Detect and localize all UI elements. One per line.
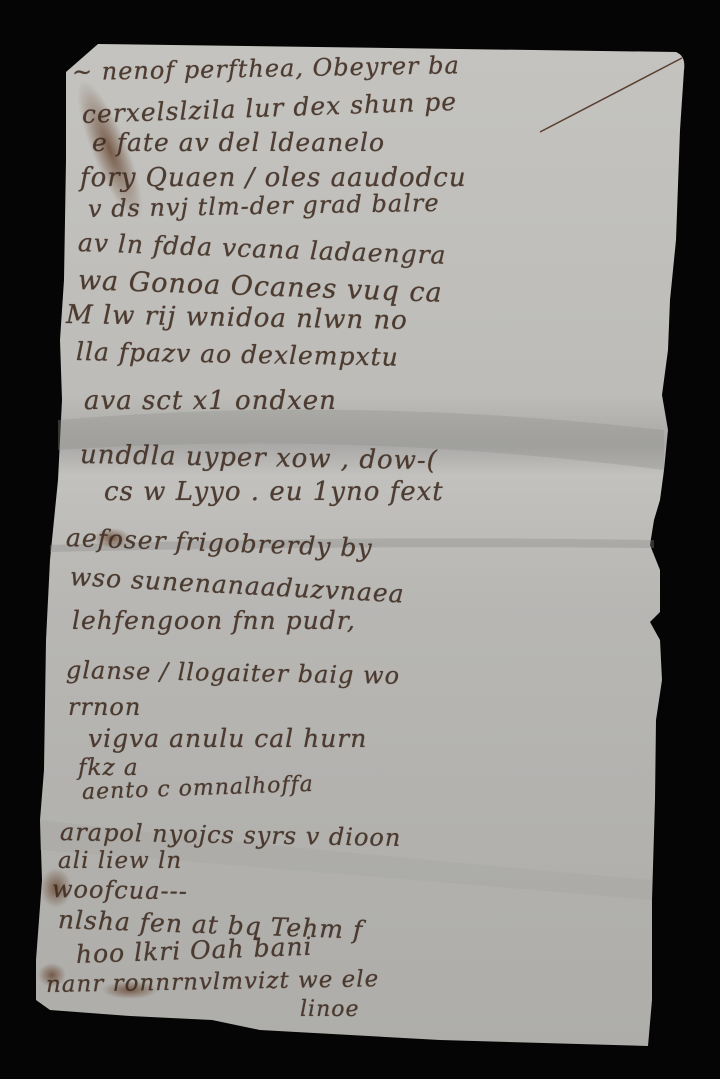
handwriting-line: cerxelslzila lur dex shun pe <box>81 87 457 129</box>
handwriting-line: e fate av del ldeanelo <box>92 128 385 157</box>
handwriting-line: rrnon <box>68 693 141 721</box>
handwriting-line: ~ nenof perfthea, Obeyrer ba <box>72 51 460 86</box>
handwriting-line: glanse / llogaiter baig wo <box>66 656 401 690</box>
handwriting-line: woofcua--- <box>52 875 188 905</box>
handwriting-line: aefoser frigobrerdy by <box>65 523 373 563</box>
handwriting-line: vigva anulu cal hurn <box>88 724 367 753</box>
handwriting-line: ava sct x1 ondxen <box>84 386 337 416</box>
handwriting-line: hoo lkri Oah bani <box>75 932 313 969</box>
handwriting-line: unddla uyper xow , dow-( <box>80 440 438 476</box>
handwriting-line: arapol nyojcs syrs v dioon <box>60 818 402 852</box>
handwriting-line: av ln fdda vcana ladaengra <box>77 228 446 270</box>
handwriting-line: fkz a <box>78 755 139 781</box>
handwriting-line: lla fpazv ao dexlempxtu <box>76 337 399 372</box>
handwriting-lines: ~ nenof perfthea, Obeyrer bacerxelslzila… <box>0 0 720 1079</box>
manuscript-photo: ~ nenof perfthea, Obeyrer bacerxelslzila… <box>0 0 720 1079</box>
handwriting-line: linoe <box>300 997 360 1022</box>
handwriting-line: lehfengoon fnn pudr, <box>72 606 356 635</box>
handwriting-line: M lw rij wnidoa nlwn no <box>66 300 408 336</box>
handwriting-line: v ds nvj tlm-der grad balre <box>88 189 440 223</box>
handwriting-line: ali liew ln <box>58 848 182 874</box>
handwriting-line: wso sunenanaaduzvnaea <box>69 562 405 608</box>
handwriting-line: cs w Lyyo . eu 1yno fext <box>104 477 444 507</box>
handwriting-line: nanr ronnrnvlmvizt we ele <box>46 966 380 998</box>
